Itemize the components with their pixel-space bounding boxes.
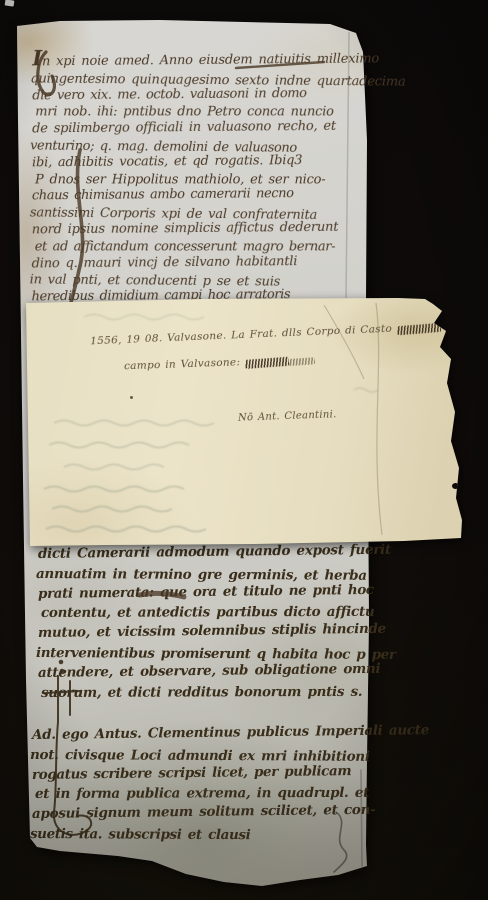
manuscript-line: mri nob. ihi: pntibus dno Petro conca nu… <box>35 105 410 122</box>
manuscript-line: prati numerata: que ora et titulo ne pnt… <box>38 580 398 604</box>
bleedthrough-writing <box>24 295 466 550</box>
annotation-line1-after: un sozo <box>445 319 488 333</box>
margin-descender-flourish-icon <box>68 150 83 338</box>
archivist-signature: Nō Ant. Cleantini. <box>238 409 337 423</box>
manuscript-line: heredibus dimidium campi hoc arratoris <box>32 286 407 306</box>
manuscript-line: intervenientibus promiserunt q habita ho… <box>36 644 396 666</box>
manuscript-line: aposui signum meum solitum scilicet, et … <box>32 800 429 825</box>
annotation-date-line: 1556, 19 08. Valvasone. La Frat. dlls Co… <box>90 319 488 348</box>
lower-handwriting-block-2: Ad. ego Antus. Clementinus publicus Impe… <box>30 726 427 845</box>
manuscript-line: not. civisque Loci admundi ex mri inhibi… <box>30 746 427 768</box>
annotation-line1-rest: La Frat. dlls Corpo di Casto <box>231 323 392 342</box>
manuscript-line: suorum, et dicti redditus bonorum pntis … <box>41 682 401 703</box>
closing-bracket-flourish-icon <box>334 812 347 872</box>
manuscript-line: contentu, et antedictis partibus dicto a… <box>41 603 401 624</box>
manuscript-line: die vero xix. me. octob. valuasoni in do… <box>32 85 407 105</box>
margin-rule-line <box>361 770 362 866</box>
lower-handwriting-block-1: dicti Camerarii admodum quando expost fu… <box>36 545 396 703</box>
main-manuscript-sheet <box>0 0 488 900</box>
manuscript-line: de spilimbergo officiali in valuasono re… <box>32 118 407 138</box>
manuscript-photo-stage: In xpi noie amed. Anno eiusdem natiuitis… <box>0 0 488 900</box>
slip-crease-line <box>324 305 364 379</box>
manuscript-line: in val pnti, et conducenti p se et suis <box>30 273 405 293</box>
manuscript-line: venturino; q. mag. demolini de valuasono <box>30 138 405 158</box>
paper-speck <box>5 0 15 7</box>
annotation-date-place: 1556, 19 08. Valvasone. <box>90 330 227 348</box>
manuscript-line: dino q. mauri vincj de silvano habitantl… <box>32 253 407 273</box>
scribbled-out-word <box>289 357 315 366</box>
initial-letter-flourish-icon <box>38 52 55 95</box>
manuscript-line: rogatus scribere scripsi licet, per publ… <box>32 761 429 786</box>
ink-blot <box>140 593 184 597</box>
fold-crease-line <box>346 32 349 298</box>
scribbled-out-word <box>396 322 441 334</box>
manuscript-line: mutuo, et vicissim solemnibus stiplis hi… <box>38 620 398 644</box>
manuscript-line: chaus chimisanus ambo camerarii necno <box>32 185 407 205</box>
strike-through-mark <box>236 62 324 68</box>
manuscript-line: attendere, et observare, sub obligatione… <box>38 659 398 683</box>
upper-handwriting-block: In xpi noie amed. Anno eiusdem natiuitis… <box>30 50 406 307</box>
manuscript-line: dicti Camerarii admodum quando expost fu… <box>38 541 398 565</box>
manuscript-line: P dnos ser Hippolitus mathiolo, et ser n… <box>35 172 410 189</box>
manuscript-line: nord ipsius nomine simplicis affictus de… <box>32 219 407 239</box>
manuscript-line: et in forma publica extrema, in quadrupl… <box>35 784 432 805</box>
ink-dot <box>130 396 133 399</box>
notarial-cross-icon <box>46 661 91 835</box>
archival-note-slip: 1556, 19 08. Valvasone. La Frat. dlls Co… <box>24 295 466 550</box>
ink-marks-overlay <box>0 0 488 900</box>
manuscript-line: annuatim in termino gre germinis, et her… <box>36 565 396 587</box>
annotation-second-line: campo in Valvasone: <box>124 354 315 373</box>
slip-crease-line <box>376 303 382 535</box>
manuscript-line: In xpi noie amed. Anno eiusdem natiuitis… <box>32 47 407 71</box>
manuscript-line: santissimi Corporis xpi de val confrater… <box>30 206 405 226</box>
manuscript-line: Ad. ego Antus. Clementinus publicus Impe… <box>32 721 429 746</box>
annotation-line2-text: campo in Valvasone: <box>124 356 241 372</box>
manuscript-line: ibi, adhibitis vocatis, et qd rogatis. I… <box>32 152 407 172</box>
note-sheet-wrapper: 1556, 19 08. Valvasone. La Frat. dlls Co… <box>0 0 488 900</box>
manuscript-line: suetis ita. subscripsi et clausi <box>30 825 427 847</box>
paper-hole <box>452 483 459 489</box>
main-sheet-wrapper <box>0 0 488 900</box>
manuscript-line: et ad affictandum concesserunt magro ber… <box>35 239 410 256</box>
manuscript-line: quingentesimo quinquagesimo sexto indne … <box>30 71 405 91</box>
scribbled-out-word <box>245 356 290 368</box>
